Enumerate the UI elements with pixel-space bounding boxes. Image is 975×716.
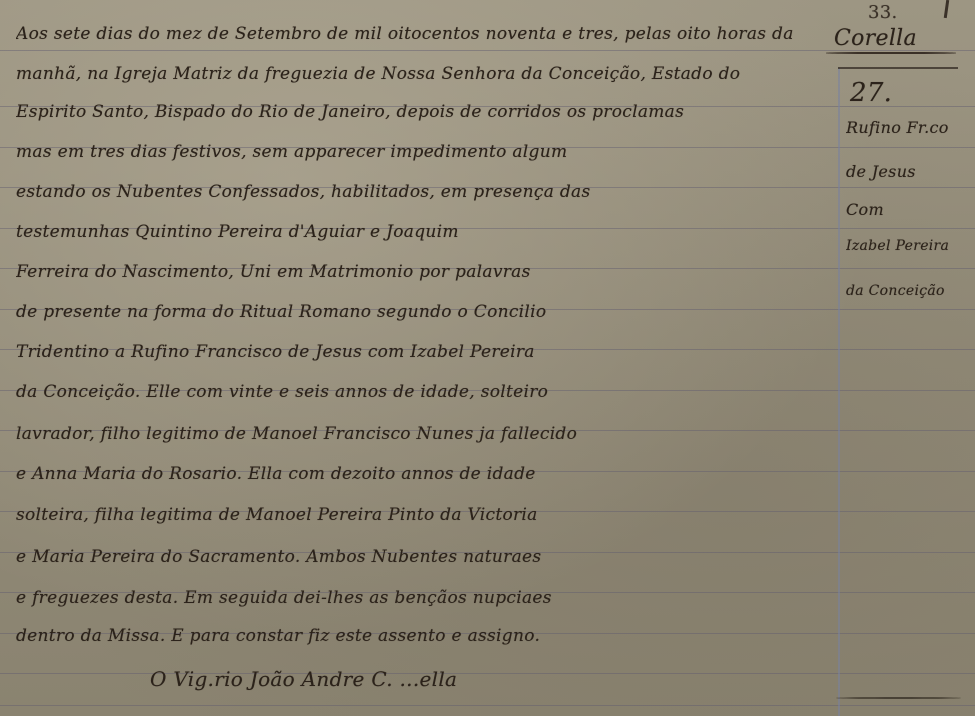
body-line: solteira, filha legitima de Manoel Perei… [16, 505, 836, 525]
ruled-line [0, 705, 975, 706]
body-line: Ferreira do Nascimento, Uni em Matrimoni… [16, 262, 836, 282]
body-line: da Conceição. Elle com vinte e seis anno… [16, 382, 836, 402]
body-line: Aos sete dias do mez de Setembro de mil … [16, 24, 836, 44]
header-underline [826, 52, 956, 54]
body-line: testemunhas Quintino Pereira d'Aguiar e … [16, 222, 836, 242]
header-rule [838, 67, 958, 69]
body-line: estando os Nubentes Confessados, habilit… [16, 182, 836, 202]
register-page: 33. Corella 27. Rufino Fr.co de Jesus Co… [0, 0, 975, 716]
page-number: 33. [868, 2, 898, 23]
body-line: Tridentino a Rufino Francisco de Jesus c… [16, 342, 836, 362]
body-line: e Anna Maria do Rosario. Ella com dezoit… [16, 464, 836, 484]
margin-note-line: da Conceição [846, 283, 971, 299]
margin-note-line: Izabel Pereira [846, 238, 971, 254]
margin-note-line: de Jesus [846, 162, 971, 181]
body-line: lavrador, filho legitimo de Manoel Franc… [16, 424, 836, 444]
margin-rule [838, 68, 840, 716]
margin-note-line: Com [846, 200, 971, 219]
margin-note-line: Rufino Fr.co [846, 118, 971, 137]
ruled-line [0, 50, 975, 51]
body-line: e freguezes desta. Em seguida dei-lhes a… [16, 588, 836, 608]
entry-number: 27. [850, 78, 892, 108]
body-line: de presente na forma do Ritual Romano se… [16, 302, 836, 322]
body-line: e Maria Pereira do Sacramento. Ambos Nub… [16, 547, 836, 567]
body-line: mas em tres dias festivos, sem apparecer… [16, 142, 836, 162]
priest-signature: O Vig.rio João Andre C. ...ella [150, 667, 830, 691]
header-word: Corella [834, 26, 917, 51]
body-line: dentro da Missa. E para constar fiz este… [16, 626, 836, 646]
closing-stroke [836, 697, 961, 699]
body-line: manhã, na Igreja Matriz da freguezia de … [16, 64, 836, 84]
body-line: Espirito Santo, Bispado do Rio de Janeir… [16, 102, 836, 122]
edge-mark [944, 0, 949, 18]
